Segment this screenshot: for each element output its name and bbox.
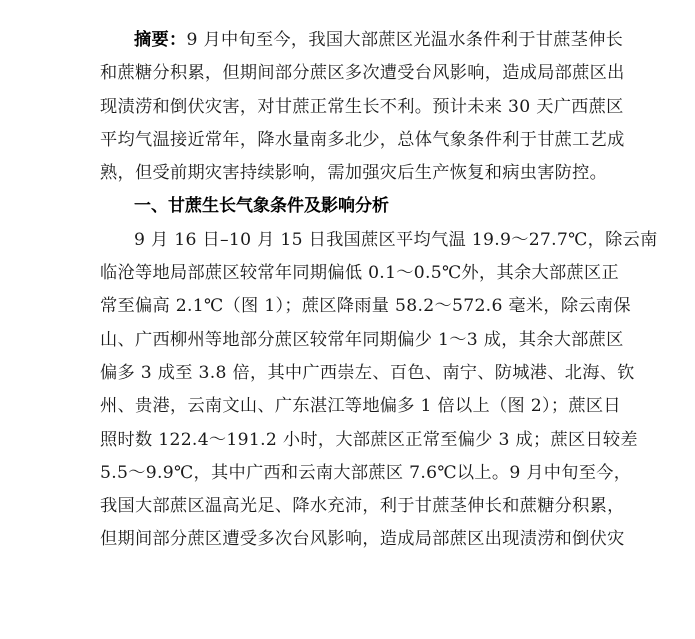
body-line-8: 5.5～9.9℃，其中广西和云南大部蔗区 7.6℃以上。9 月中旬至今，: [100, 457, 600, 490]
abstract-line-4: 平均气温接近常年，降水量南多北少，总体气象条件利于甘蔗工艺成: [100, 124, 600, 157]
body-line-4: 山、广西柳州等地部分蔗区较常年同期偏少 1～3 成，其余大部蔗区: [100, 324, 600, 357]
body-line-6: 州、贵港，云南文山、广东湛江等地偏多 1 倍以上（图 2）；蔗区日: [100, 390, 600, 423]
body-line-2: 临沧等地局部蔗区较常年同期偏低 0.1～0.5℃外，其余大部蔗区正: [100, 257, 600, 290]
body-line-9: 我国大部蔗区温高光足、降水充沛，利于甘蔗茎伸长和蔗糖分积累，: [100, 490, 600, 523]
body-line-7: 照时数 122.4～191.2 小时，大部蔗区正常至偏少 3 成；蔗区日较差: [100, 424, 600, 457]
abstract-line-1: 摘要：9 月中旬至今，我国大部蔗区光温水条件利于甘蔗茎伸长: [100, 24, 600, 57]
abstract-line-2: 和蔗糖分积累，但期间部分蔗区多次遭受台风影响，造成局部蔗区出: [100, 57, 600, 90]
abstract-text: 9 月中旬至今，我国大部蔗区光温水条件利于甘蔗茎伸长: [186, 30, 623, 50]
body-line-3: 常至偏高 2.1℃（图 1）；蔗区降雨量 58.2～572.6 毫米，除云南保: [100, 290, 600, 323]
document-page: 摘要：9 月中旬至今，我国大部蔗区光温水条件利于甘蔗茎伸长 和蔗糖分积累，但期间…: [100, 24, 600, 557]
abstract-line-5: 熟，但受前期灾害持续影响，需加强灾后生产恢复和病虫害防控。: [100, 157, 600, 190]
body-line-5: 偏多 3 成至 3.8 倍，其中广西崇左、百色、南宁、防城港、北海、钦: [100, 357, 600, 390]
section-heading: 一、甘蔗生长气象条件及影响分析: [100, 190, 600, 223]
body-line-10: 但期间部分蔗区遭受多次台风影响，造成局部蔗区出现渍涝和倒伏灾: [100, 523, 600, 556]
abstract-label: 摘要：: [134, 30, 186, 50]
body-line-1: 9 月 16 日–10 月 15 日我国蔗区平均气温 19.9～27.7℃，除云…: [100, 224, 600, 257]
abstract-line-3: 现渍涝和倒伏灾害，对甘蔗正常生长不利。预计未来 30 天广西蔗区: [100, 91, 600, 124]
